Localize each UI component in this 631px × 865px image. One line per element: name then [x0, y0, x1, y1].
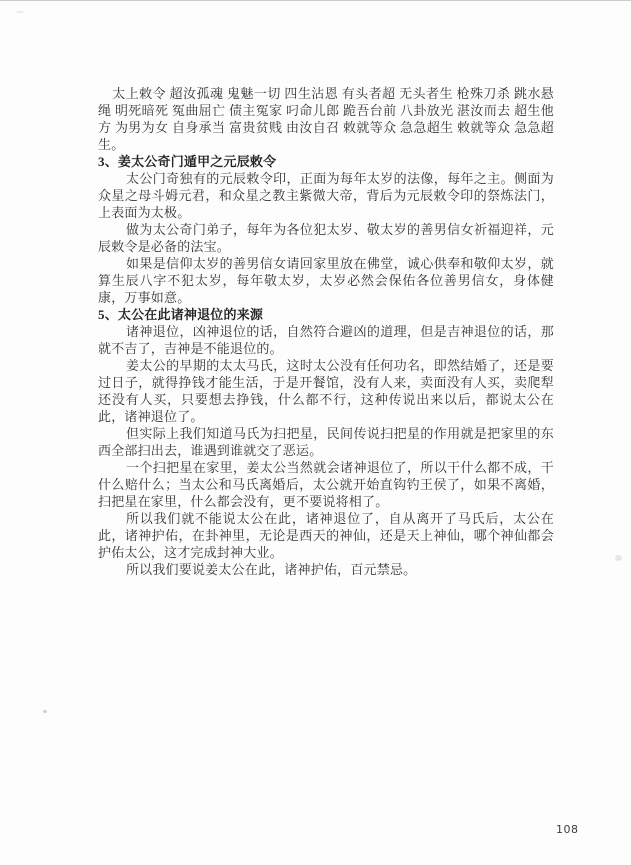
- body-paragraph: 如果是信仰太岁的善男信女请回家里放在佛堂，诚心供奉和敬仰太岁，就算生辰八字不犯太…: [98, 255, 554, 306]
- body-paragraph: 太公门奇独有的元辰敕令印，正面为每年太岁的法像，每年之主。侧面为众星之母斗姆元君…: [98, 170, 554, 221]
- body-paragraph: 所以我们要说姜太公在此，诸神护佑，百元禁忌。: [98, 561, 554, 578]
- body-paragraph: 一个扫把星在家里，姜太公当然就会诸神退位了，所以干什么都不成，干什么赔什么；当太…: [98, 459, 554, 510]
- body-paragraph: 所以我们就不能说太公在此，诸神退位了，自从离开了马氏后，太公在此，诸神护佑，在卦…: [98, 510, 554, 561]
- body-paragraph: 但实际上我们知道马氏为扫把星，民间传说扫把星的作用就是把家里的东西全部扫出去，谁…: [98, 425, 554, 459]
- document-page: 太上敕令 超汝孤魂 鬼魅一切 四生沾恩 有头者超 无头者生 枪殊刀杀 跳水悬绳 …: [0, 0, 631, 865]
- scan-speck: [43, 710, 47, 713]
- section-heading: 5、太公在此诸神退位的来源: [98, 306, 554, 323]
- body-paragraph: 做为太公奇门弟子，每年为各位犯太岁、敬太岁的善男信女祈福迎祥，元辰敕令是必备的法…: [98, 221, 554, 255]
- body-paragraph: 太上敕令 超汝孤魂 鬼魅一切 四生沾恩 有头者超 无头者生 枪殊刀杀 跳水悬绳 …: [98, 85, 554, 153]
- body-paragraph: 诸神退位，凶神退位的话，自然符合避凶的道理，但是吉神退位的话，那就不吉了，吉神是…: [98, 323, 554, 357]
- scan-speck: [16, 11, 25, 13]
- section-heading: 3、姜太公奇门遁甲之元辰敕令: [98, 153, 554, 170]
- text-block: 太上敕令 超汝孤魂 鬼魅一切 四生沾恩 有头者超 无头者生 枪殊刀杀 跳水悬绳 …: [98, 85, 554, 578]
- page-number: 108: [556, 823, 579, 836]
- body-paragraph: 姜太公的早期的太太马氏，这时太公没有任何功名，即然结婚了，还是要过日子，就得挣钱…: [98, 357, 554, 425]
- scan-speck: [615, 555, 622, 561]
